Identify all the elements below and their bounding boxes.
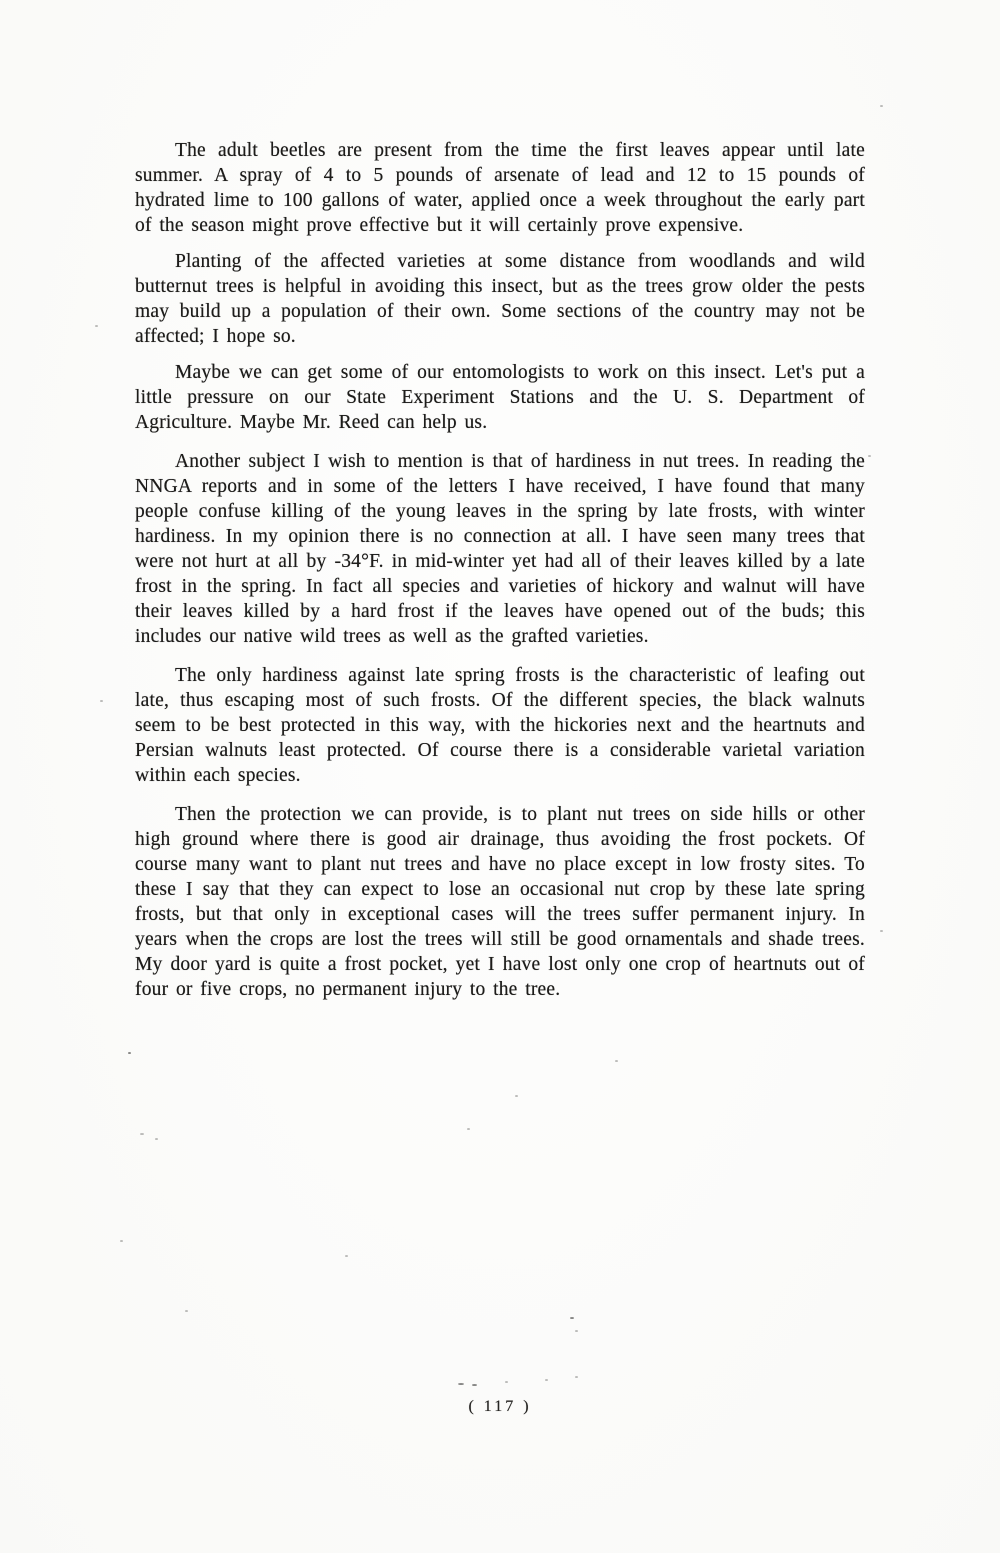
scan-speckle	[345, 1255, 348, 1257]
scan-speckle	[472, 1384, 477, 1386]
scan-speckle	[545, 1379, 548, 1381]
scanned-page: The adult beetles are present from the t…	[0, 0, 1000, 1553]
scan-speckle	[100, 700, 103, 702]
page-content: The adult beetles are present from the t…	[135, 138, 865, 1013]
scan-speckle	[120, 1240, 123, 1242]
paragraph-leafing-late: The only hardiness against late spring f…	[135, 663, 865, 788]
scan-speckle	[458, 1383, 464, 1385]
scan-speckle	[575, 1330, 578, 1332]
scan-speckle	[467, 1128, 470, 1130]
paragraph-protection: Then the protection we can provide, is t…	[135, 802, 865, 1002]
scan-speckle	[868, 455, 871, 457]
scan-speckle	[515, 1095, 518, 1097]
scan-speckle	[570, 1317, 574, 1319]
scan-speckle	[155, 1138, 158, 1140]
paragraph-adult-beetles: The adult beetles are present from the t…	[135, 138, 865, 238]
scan-speckle	[128, 1052, 131, 1054]
scan-speckle	[615, 1060, 618, 1062]
scan-speckle	[185, 1310, 188, 1312]
paragraph-hardiness: Another subject I wish to mention is tha…	[135, 449, 865, 649]
paragraph-entomologists: Maybe we can get some of our entomologis…	[135, 360, 865, 435]
scan-speckle	[505, 1381, 508, 1383]
page-number: ( 117 )	[0, 1398, 1000, 1416]
scan-speckle	[880, 105, 883, 107]
scan-speckle	[880, 930, 883, 932]
scan-speckle	[140, 1133, 144, 1135]
scan-speckle	[95, 325, 98, 327]
scan-speckle	[575, 1376, 578, 1378]
paragraph-planting-distance: Planting of the affected varieties at so…	[135, 249, 865, 349]
